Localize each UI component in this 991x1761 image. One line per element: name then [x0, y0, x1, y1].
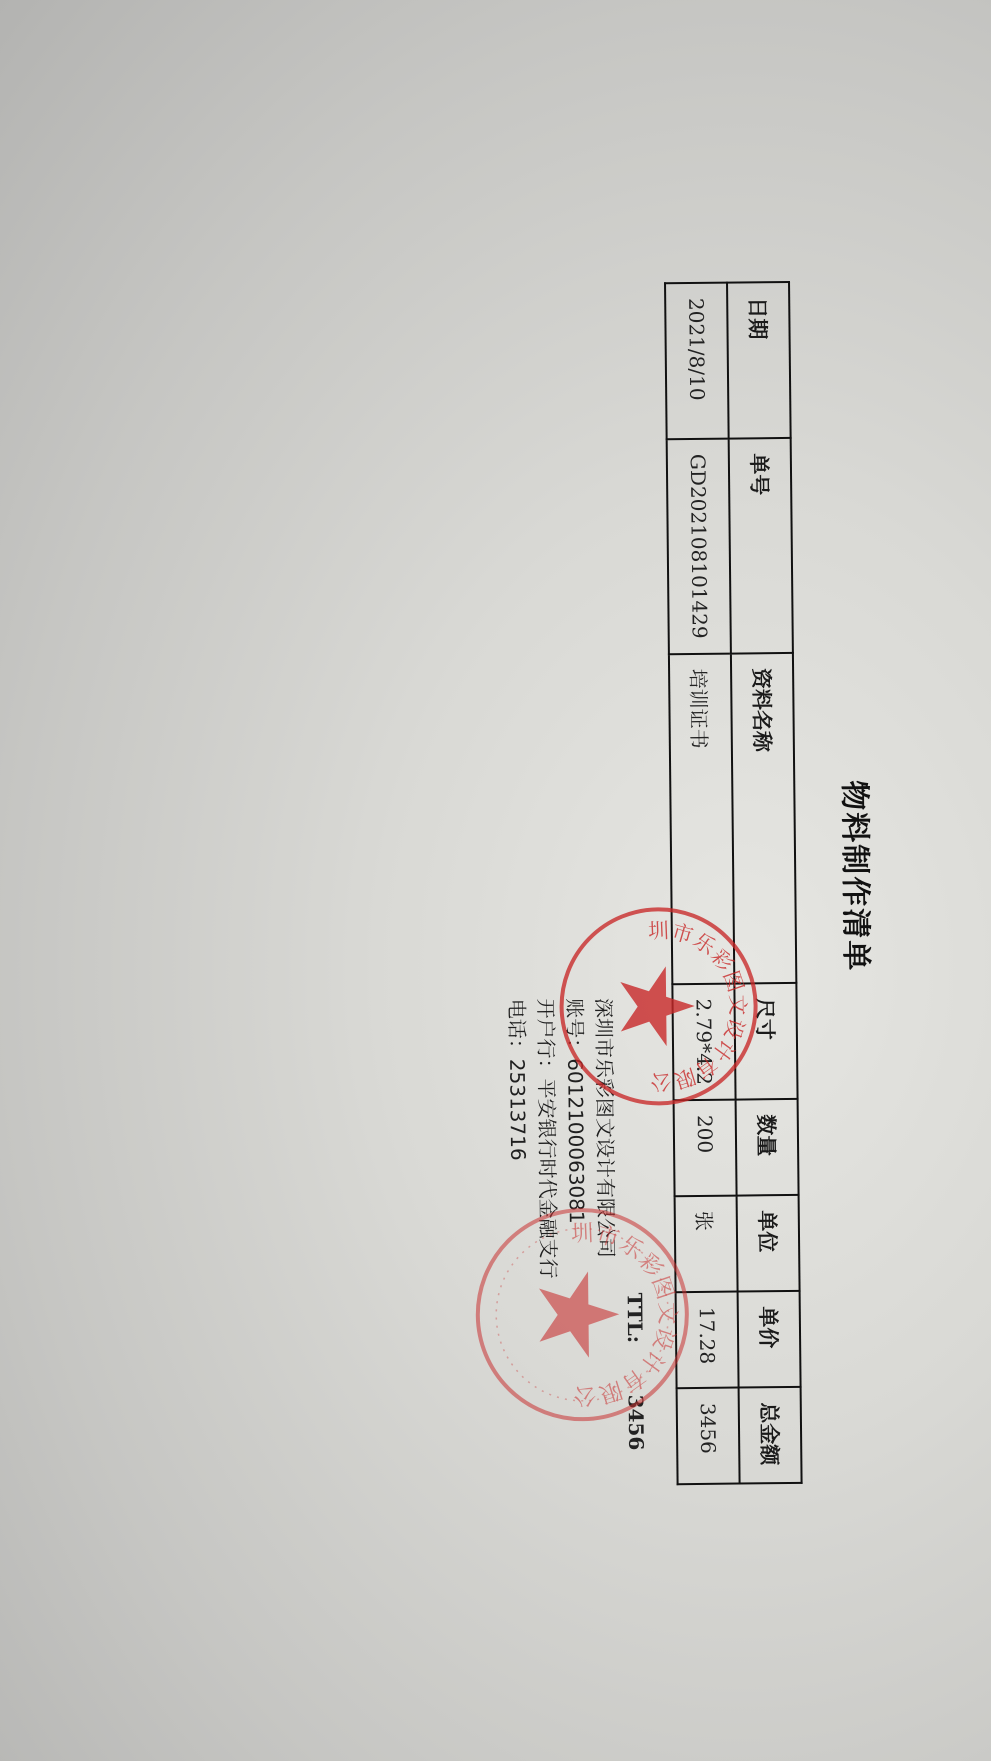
cell-quantity: 200 [674, 1100, 737, 1197]
header-order-number: 单号 [729, 438, 793, 653]
table-row: 2021/8/10 GD202108101429 培训证书 2.79*4.2 2… [665, 283, 740, 1485]
company-bank: 开户行：平安银行时代金融支行 [531, 998, 563, 1278]
table-header-row: 日期 单号 资料名称 尺寸 数量 单位 单价 总金额 [727, 282, 802, 1484]
cell-material-name: 培训证书 [669, 653, 734, 984]
company-name: 深圳市乐彩图文设计有限公司 [589, 998, 621, 1278]
material-production-list: 物料制作清单 日期 单号 资料名称 尺寸 数量 单位 单价 总金额 2021/8… [320, 280, 893, 1526]
cell-size: 2.79*4.2 [672, 983, 735, 1100]
company-account: 账号：6012100063081 [560, 998, 592, 1278]
header-material-name: 资料名称 [731, 653, 796, 984]
total-label: TTL: [623, 1292, 648, 1343]
cell-order-number: GD202108101429 [667, 439, 731, 654]
header-total-amount: 总金额 [739, 1387, 802, 1484]
cell-unit: 张 [675, 1196, 738, 1293]
total-value: 3456 [624, 1394, 649, 1450]
header-unit-price: 单价 [738, 1291, 801, 1388]
document-title: 物料制作清单 [835, 780, 881, 972]
header-unit: 单位 [737, 1195, 800, 1292]
materials-table: 日期 单号 资料名称 尺寸 数量 单位 单价 总金额 2021/8/10 GD2… [664, 281, 803, 1485]
cell-total-amount: 3456 [677, 1388, 740, 1485]
header-quantity: 数量 [736, 1099, 799, 1196]
company-phone: 电话：25313716 [502, 999, 534, 1279]
cell-date: 2021/8/10 [665, 283, 729, 440]
header-size: 尺寸 [734, 983, 797, 1100]
company-info: 深圳市乐彩图文设计有限公司 账号：6012100063081 开户行：平安银行时… [502, 998, 621, 1279]
header-date: 日期 [727, 282, 791, 439]
cell-unit-price: 17.28 [676, 1292, 739, 1389]
